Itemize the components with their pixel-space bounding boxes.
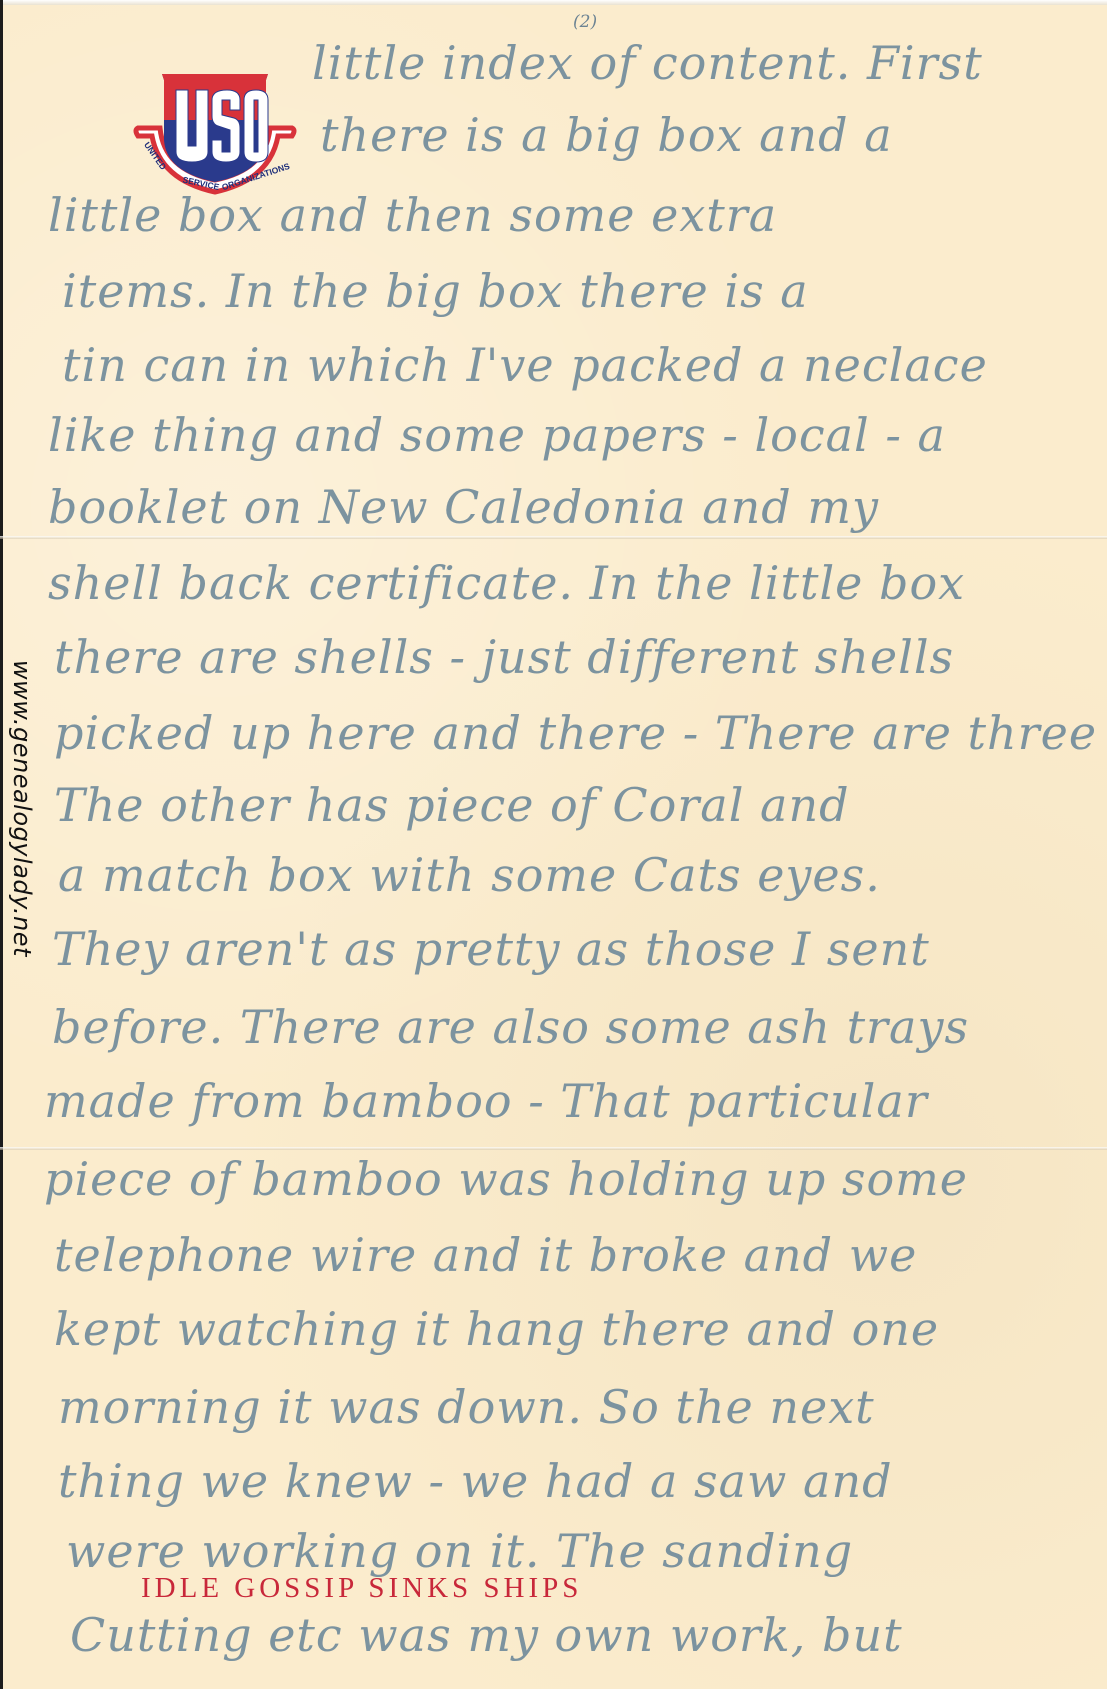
uso-shield-icon: UNITED SERVICE ORGANIZATIONS [130,70,300,200]
handwritten-line: The other has piece of Coral and [54,782,850,828]
handwritten-line: thing we knew - we had a saw and [58,1458,893,1504]
handwritten-line: little box and then some extra [48,192,777,238]
paper-fold-line [0,1147,1107,1150]
handwritten-line: were working on it. The sanding [66,1528,853,1574]
handwritten-line: there are shells - just different shells [54,634,954,680]
handwritten-line: picked up here and there - There are thr… [54,710,1107,756]
uso-logo: UNITED SERVICE ORGANIZATIONS [130,70,300,200]
handwritten-line: booklet on New Caledonia and my [48,484,879,530]
handwritten-line: little index of content. First [312,40,983,86]
handwritten-line: a match box with some Cats eyes. [58,852,881,898]
handwritten-line: kept watching it hang there and one [54,1306,939,1352]
footer-slogan: IDLE GOSSIP SINKS SHIPS [141,1572,901,1605]
handwritten-line: made from bamboo - That particular [44,1078,928,1124]
handwritten-line: Cutting etc was my own work, but [70,1612,903,1658]
handwritten-line: morning it was down. So the next [58,1384,875,1430]
handwritten-line: piece of bamboo was holding up some [44,1156,968,1202]
handwritten-line: shell back certificate. In the little bo… [48,560,965,606]
paper-top-edge [0,0,1107,5]
letter-page: UNITED SERVICE ORGANIZATIONS (2) little … [0,0,1107,1689]
handwritten-line: there is a big box and a [320,112,893,158]
handwritten-line: tin can in which I've packed a neclace [62,342,988,388]
page-number: (2) [573,12,597,32]
handwritten-line: before. There are also some ash trays [52,1004,969,1050]
handwritten-line: like thing and some papers - local - a [48,412,946,458]
handwritten-line: telephone wire and it broke and we [54,1232,917,1278]
watermark-url: www.genealogylady.net [8,660,36,957]
handwritten-line: They aren't as pretty as those I sent [52,926,930,972]
handwritten-line: items. In the big box there is a [62,268,809,314]
paper-fold-line [0,536,1107,539]
scan-left-edge [0,0,3,1689]
